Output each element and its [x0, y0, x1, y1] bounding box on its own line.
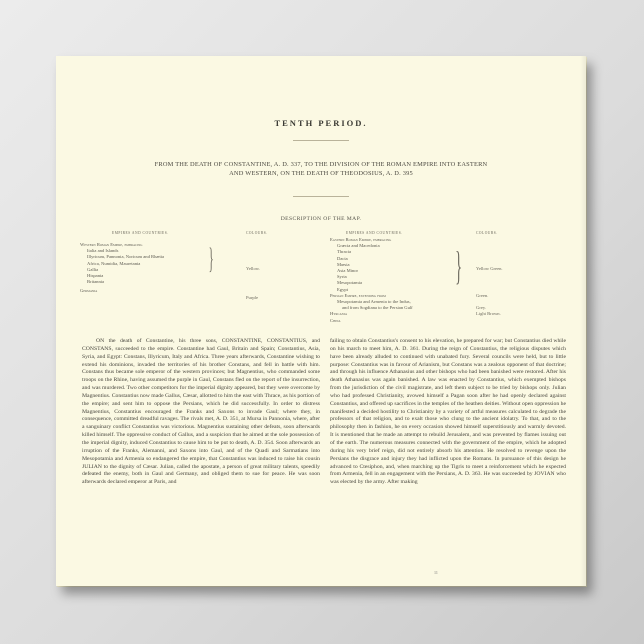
eastern-brace: }: [455, 246, 462, 286]
subtitle-line-2: AND WESTERN, ON THE DEATH OF THEODOSIUS,…: [96, 169, 546, 178]
left-header-colors: COLOURS.: [246, 231, 268, 235]
body-column-left: ON the death of Constantine, his three s…: [82, 338, 320, 487]
period-subtitle: FROM THE DEATH OF CONSTANTINE, A. D. 337…: [96, 160, 546, 178]
body-right-text: failing to obtain Constantius's consent …: [330, 338, 566, 487]
canvas-print: TENTH PERIOD. FROM THE DEATH OF CONSTANT…: [56, 56, 586, 586]
china-label: China: [330, 318, 480, 324]
subtitle-line-1: FROM THE DEATH OF CONSTANTINE, A. D. 337…: [96, 160, 546, 169]
body-column-right: failing to obtain Constantius's consent …: [330, 338, 566, 487]
description-title: DESCRIPTION OF THE MAP.: [56, 216, 586, 222]
western-color: Yellow.: [246, 266, 260, 272]
western-legend: Western Roman Empire, embracing Italia a…: [80, 242, 230, 295]
eastern-color: Yellow Green.: [476, 266, 503, 272]
germania-label: Germania: [80, 288, 230, 294]
germania-color: Purple: [246, 295, 258, 301]
left-header-empires: EMPIRES AND COUNTRIES.: [112, 231, 169, 235]
title-rule: [293, 140, 349, 141]
body-left-text: ON the death of Constantine, his three s…: [82, 338, 320, 487]
page-number: 11: [434, 570, 438, 575]
china-color: Light Brown.: [476, 311, 501, 317]
western-brace: }: [209, 244, 214, 274]
right-header-empires: EMPIRES AND COUNTRIES.: [346, 231, 403, 235]
subtitle-rule: [293, 196, 349, 197]
right-header-colors: COLOURS.: [476, 231, 498, 235]
page-title: TENTH PERIOD.: [56, 118, 586, 128]
persian-color: Green.: [476, 293, 488, 299]
